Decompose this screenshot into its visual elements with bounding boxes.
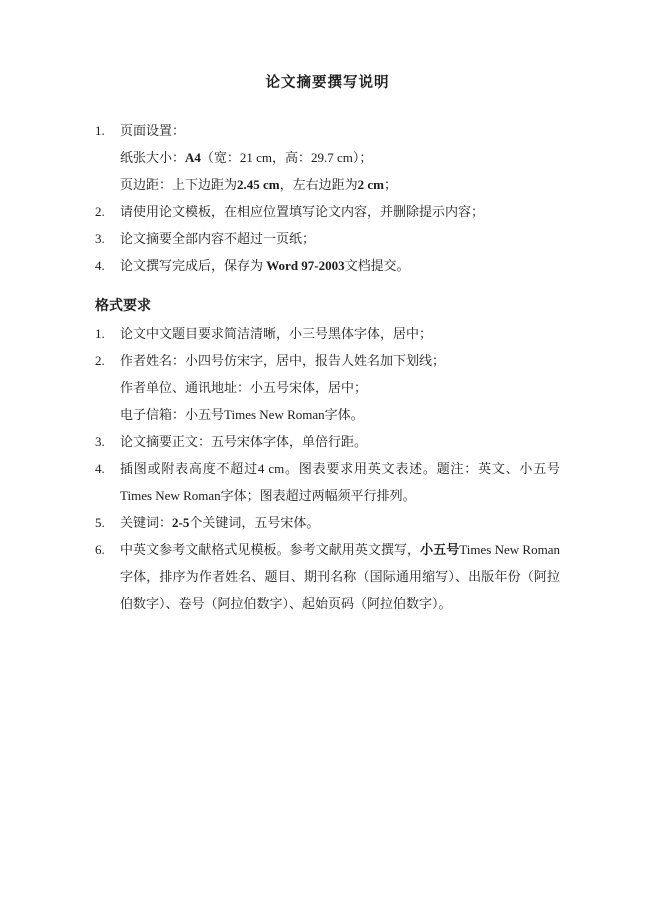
text-run: 纸张大小： bbox=[120, 150, 185, 165]
list-item: 作者单位、通讯地址：小五号宋体，居中； bbox=[95, 374, 560, 401]
format-requirement-list: 1. 论文中文题目要求简洁清晰，小三号黑体字体，居中； 2. 作者姓名：小四号仿… bbox=[95, 320, 560, 617]
list-item-text: 论文中文题目要求简洁清晰，小三号黑体字体，居中； bbox=[120, 320, 560, 347]
text-run: 论文摘要全部内容不超过一页纸； bbox=[120, 231, 315, 246]
list-marker: 2. bbox=[95, 347, 120, 374]
list-item-text: 纸张大小：A4（宽：21 cm，高：29.7 cm）； bbox=[120, 144, 560, 171]
intro-instruction-list: 1. 页面设置： 纸张大小：A4（宽：21 cm，高：29.7 cm）； 页边距… bbox=[95, 117, 560, 279]
text-run: 关键词： bbox=[120, 515, 172, 530]
list-item: 2. 请使用论文模板，在相应位置填写论文内容，并删除提示内容； bbox=[95, 198, 560, 225]
list-marker: 5. bbox=[95, 509, 120, 536]
list-item: 1. 论文中文题目要求简洁清晰，小三号黑体字体，居中； bbox=[95, 320, 560, 347]
list-marker bbox=[95, 144, 120, 171]
text-run: 论文摘要正文：五号宋体字体，单倍行距。 bbox=[120, 434, 367, 449]
list-marker: 1. bbox=[95, 117, 120, 144]
list-marker: 4. bbox=[95, 455, 120, 509]
list-marker: 6. bbox=[95, 536, 120, 617]
list-marker: 2. bbox=[95, 198, 120, 225]
list-item-text: 页边距：上下边距为2.45 cm，左右边距为2 cm； bbox=[120, 171, 560, 198]
list-item-text: 作者单位、通讯地址：小五号宋体，居中； bbox=[120, 374, 560, 401]
list-item: 纸张大小：A4（宽：21 cm，高：29.7 cm）； bbox=[95, 144, 560, 171]
text-run: 请使用论文模板，在相应位置填写论文内容，并删除提示内容； bbox=[120, 204, 484, 219]
text-run: 电子信箱：小五号Times New Roman字体。 bbox=[120, 407, 364, 422]
text-run: 页面设置： bbox=[120, 123, 185, 138]
text-run: 2 cm bbox=[358, 177, 384, 192]
list-item-text: 插图或附表高度不超过4 cm。图表要求用英文表述。题注：英文、小五号Times … bbox=[120, 455, 560, 509]
text-run: A4 bbox=[185, 150, 201, 165]
list-marker bbox=[95, 374, 120, 401]
text-run: Word 97-2003 bbox=[266, 258, 344, 273]
text-run: 2-5 bbox=[172, 515, 189, 530]
text-run: 文档提交。 bbox=[345, 258, 410, 273]
list-item-text: 论文摘要全部内容不超过一页纸； bbox=[120, 225, 560, 252]
list-item: 4. 论文撰写完成后，保存为 Word 97-2003文档提交。 bbox=[95, 252, 560, 279]
text-run: （宽：21 cm，高：29.7 cm）； bbox=[201, 150, 373, 165]
list-item-text: 电子信箱：小五号Times New Roman字体。 bbox=[120, 401, 560, 428]
list-item: 1. 页面设置： bbox=[95, 117, 560, 144]
document-page: 论文摘要撰写说明 1. 页面设置： 纸张大小：A4（宽：21 cm，高：29.7… bbox=[0, 0, 646, 923]
text-run: 作者姓名：小四号仿宋字，居中，报告人姓名加下划线； bbox=[120, 353, 445, 368]
text-run: 中英文参考文献格式见模板。参考文献用英文撰写， bbox=[120, 542, 420, 557]
list-item: 5. 关键词：2-5个关键词，五号宋体。 bbox=[95, 509, 560, 536]
list-item-text: 关键词：2-5个关键词，五号宋体。 bbox=[120, 509, 560, 536]
list-marker: 3. bbox=[95, 428, 120, 455]
section-heading: 格式要求 bbox=[95, 293, 560, 320]
list-item-text: 作者姓名：小四号仿宋字，居中，报告人姓名加下划线； bbox=[120, 347, 560, 374]
list-item-text: 页面设置： bbox=[120, 117, 560, 144]
text-run: 小五号 bbox=[420, 542, 459, 557]
text-run: 作者单位、通讯地址：小五号宋体，居中； bbox=[120, 380, 367, 395]
text-run: 2.45 cm bbox=[237, 177, 280, 192]
text-run: 页边距：上下边距为 bbox=[120, 177, 237, 192]
list-item: 3. 论文摘要全部内容不超过一页纸； bbox=[95, 225, 560, 252]
list-marker bbox=[95, 171, 120, 198]
list-item: 3. 论文摘要正文：五号宋体字体，单倍行距。 bbox=[95, 428, 560, 455]
text-run: ，左右边距为 bbox=[280, 177, 358, 192]
text-run: 个关键词，五号宋体。 bbox=[189, 515, 319, 530]
text-run: 论文中文题目要求简洁清晰，小三号黑体字体，居中； bbox=[120, 326, 432, 341]
list-item: 6. 中英文参考文献格式见模板。参考文献用英文撰写，小五号Times New R… bbox=[95, 536, 560, 617]
list-marker: 4. bbox=[95, 252, 120, 279]
list-item-text: 请使用论文模板，在相应位置填写论文内容，并删除提示内容； bbox=[120, 198, 560, 225]
list-item: 电子信箱：小五号Times New Roman字体。 bbox=[95, 401, 560, 428]
list-marker: 1. bbox=[95, 320, 120, 347]
text-run: ； bbox=[384, 177, 397, 192]
list-item: 页边距：上下边距为2.45 cm，左右边距为2 cm； bbox=[95, 171, 560, 198]
list-item-text: 中英文参考文献格式见模板。参考文献用英文撰写，小五号Times New Roma… bbox=[120, 536, 560, 617]
text-run: 插图或附表高度不超过4 cm。图表要求用英文表述。题注：英文、小五号Times … bbox=[120, 461, 560, 503]
list-item-text: 论文撰写完成后，保存为 Word 97-2003文档提交。 bbox=[120, 252, 560, 279]
document-title: 论文摘要撰写说明 bbox=[95, 70, 560, 97]
list-item: 4. 插图或附表高度不超过4 cm。图表要求用英文表述。题注：英文、小五号Tim… bbox=[95, 455, 560, 509]
list-marker: 3. bbox=[95, 225, 120, 252]
list-item: 2. 作者姓名：小四号仿宋字，居中，报告人姓名加下划线； bbox=[95, 347, 560, 374]
text-run: 论文撰写完成后，保存为 bbox=[120, 258, 266, 273]
list-marker bbox=[95, 401, 120, 428]
list-item-text: 论文摘要正文：五号宋体字体，单倍行距。 bbox=[120, 428, 560, 455]
